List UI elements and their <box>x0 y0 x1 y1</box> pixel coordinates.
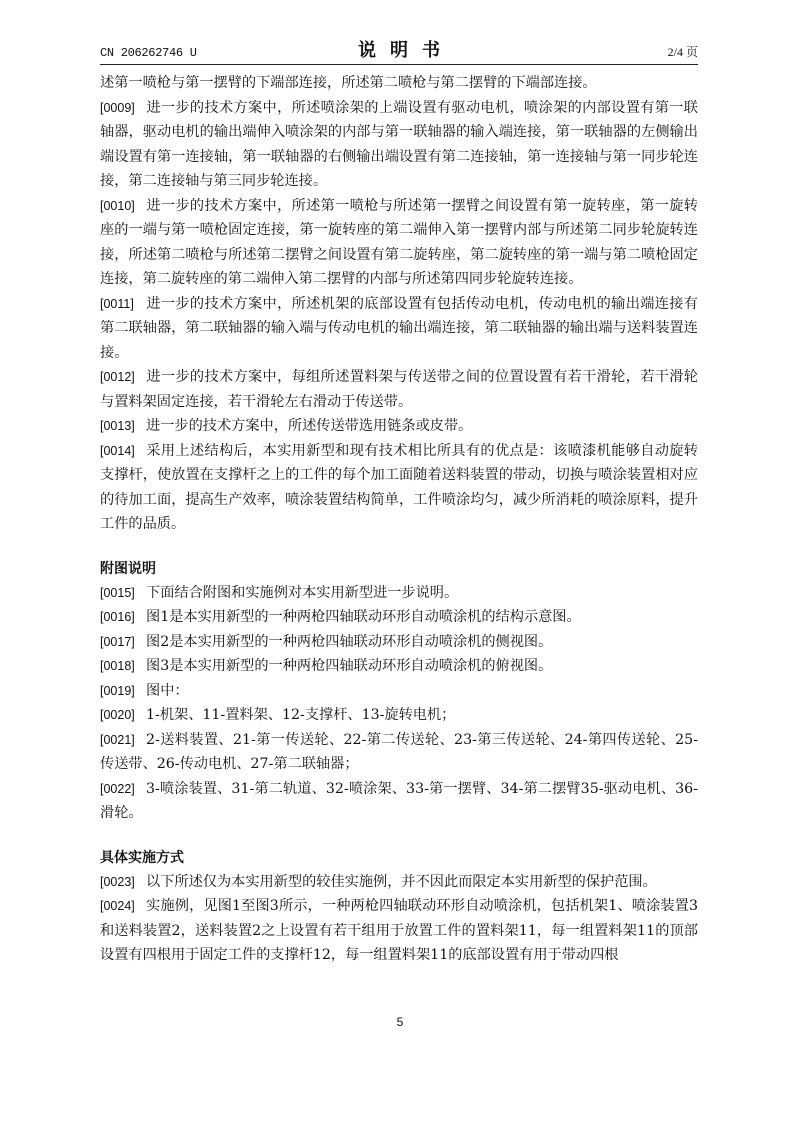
paragraph-0016: [0016]图1是本实用新型的一种两枪四轴联动环形自动喷涂机的结构示意图。 <box>100 605 698 630</box>
paragraph-text: 采用上述结构后，本实用新型和现有技术相比所具有的优点是：该喷漆机能够自动旋转支撑… <box>100 443 698 533</box>
paragraph-0013: [0013]进一步的技术方案中，所述传送带选用链条或皮带。 <box>100 414 698 439</box>
paragraph-0009: [0009]进一步的技术方案中，所述喷涂架的上端设置有驱动电机，喷涂架的内部设置… <box>100 96 698 194</box>
paragraph-text: 下面结合附图和实施例对本实用新型进一步说明。 <box>146 585 458 601</box>
paragraph-number: [0011] <box>100 292 146 317</box>
paragraph-0023: [0023]以下所述仅为本实用新型的较佳实施例，并不因此而限定本实用新型的保护范… <box>100 870 698 895</box>
paragraph-number: [0012] <box>100 365 146 390</box>
paragraph-0020: [0020]1-机架、11-置料架、12-支撑杆、13-旋转电机； <box>100 703 698 728</box>
paragraph-0012: [0012]进一步的技术方案中，每组所述置料架与传送带之间的位置设置有若干滑轮，… <box>100 365 698 414</box>
paragraph-text: 进一步的技术方案中，所述第一喷枪与所述第一摆臂之间设置有第一旋转座，第一旋转座的… <box>100 198 698 288</box>
paragraph-0022: [0022]3-喷涂装置、31-第二轨道、32-喷涂架、33-第一摆臂、34-第… <box>100 777 698 826</box>
paragraph-number: [0017] <box>100 630 146 655</box>
paragraph-number: [0020] <box>100 703 146 728</box>
paragraph-0011: [0011]进一步的技术方案中，所述机架的底部设置有包括传动电机，传动电机的输出… <box>100 292 698 366</box>
paragraph-number: [0019] <box>100 679 146 704</box>
paragraph-text: 进一步的技术方案中，每组所述置料架与传送带之间的位置设置有若干滑轮，若干滑轮与置… <box>100 369 698 410</box>
paragraph-number: [0022] <box>100 777 146 802</box>
paragraph-0015: [0015]下面结合附图和实施例对本实用新型进一步说明。 <box>100 581 698 606</box>
paragraph-text: 实施例，见图1至图3所示，一种两枪四轴联动环形自动喷涂机，包括机架1、喷涂装置3… <box>100 898 698 963</box>
document-page: CN 206262746 U 说明书 2/4 页 述第一喷枪与第一摆臂的下端部连… <box>100 38 698 968</box>
paragraph-number: [0016] <box>100 605 146 630</box>
paragraph-text: 进一步的技术方案中，所述喷涂架的上端设置有驱动电机，喷涂架的内部设置有第一联轴器… <box>100 100 698 190</box>
paragraph-0018: [0018]图3是本实用新型的一种两枪四轴联动环形自动喷涂机的俯视图。 <box>100 654 698 679</box>
paragraph-text: 2-送料装置、21-第一传送轮、22-第二传送轮、23-第三传送轮、24-第四传… <box>100 732 698 773</box>
document-body: 述第一喷枪与第一摆臂的下端部连接，所述第二喷枪与第二摆臂的下端部连接。 [000… <box>100 71 698 968</box>
paragraph-0024: [0024]实施例，见图1至图3所示，一种两枪四轴联动环形自动喷涂机，包括机架1… <box>100 894 698 968</box>
paragraph-text: 图中： <box>146 683 189 699</box>
paragraph-0019: [0019]图中： <box>100 679 698 704</box>
paragraph-0010: [0010]进一步的技术方案中，所述第一喷枪与所述第一摆臂之间设置有第一旋转座，… <box>100 194 698 292</box>
paragraph-text: 图3是本实用新型的一种两枪四轴联动环形自动喷涂机的俯视图。 <box>146 658 552 674</box>
paragraph-0014: [0014]采用上述结构后，本实用新型和现有技术相比所具有的优点是：该喷漆机能够… <box>100 439 698 537</box>
paragraph-number: [0024] <box>100 894 146 919</box>
paragraph-number: [0009] <box>100 96 146 121</box>
paragraph-text: 以下所述仅为本实用新型的较佳实施例，并不因此而限定本实用新型的保护范围。 <box>146 874 657 890</box>
paragraph-text: 图1是本实用新型的一种两枪四轴联动环形自动喷涂机的结构示意图。 <box>146 609 581 625</box>
continuation-text: 述第一喷枪与第一摆臂的下端部连接，所述第二喷枪与第二摆臂的下端部连接。 <box>100 71 698 96</box>
paragraph-text: 图2是本实用新型的一种两枪四轴联动环形自动喷涂机的侧视图。 <box>146 634 552 650</box>
paragraph-text: 1-机架、11-置料架、12-支撑杆、13-旋转电机； <box>146 707 455 723</box>
paragraph-number: [0014] <box>100 439 146 464</box>
paragraph-number: [0021] <box>100 728 146 753</box>
paragraph-text: 进一步的技术方案中，所述机架的底部设置有包括传动电机，传动电机的输出端连接有第二… <box>100 296 698 361</box>
paragraph-number: [0018] <box>100 654 146 679</box>
paragraph-text: 进一步的技术方案中，所述传送带选用链条或皮带。 <box>146 418 472 434</box>
section-heading-figures: 附图说明 <box>100 557 698 581</box>
paragraph-number: [0010] <box>100 194 146 219</box>
paragraph-number: [0013] <box>100 414 146 439</box>
page-header: CN 206262746 U 说明书 2/4 页 <box>100 38 698 65</box>
page-number: 5 <box>0 1015 800 1029</box>
section-heading-embodiment: 具体实施方式 <box>100 846 698 870</box>
page-indicator: 2/4 页 <box>668 43 698 60</box>
document-title: 说明书 <box>100 36 698 62</box>
paragraph-text: 3-喷涂装置、31-第二轨道、32-喷涂架、33-第一摆臂、34-第二摆臂35-… <box>100 781 698 822</box>
paragraph-number: [0015] <box>100 581 146 606</box>
paragraph-0017: [0017]图2是本实用新型的一种两枪四轴联动环形自动喷涂机的侧视图。 <box>100 630 698 655</box>
paragraph-number: [0023] <box>100 870 146 895</box>
paragraph-0021: [0021]2-送料装置、21-第一传送轮、22-第二传送轮、23-第三传送轮、… <box>100 728 698 777</box>
